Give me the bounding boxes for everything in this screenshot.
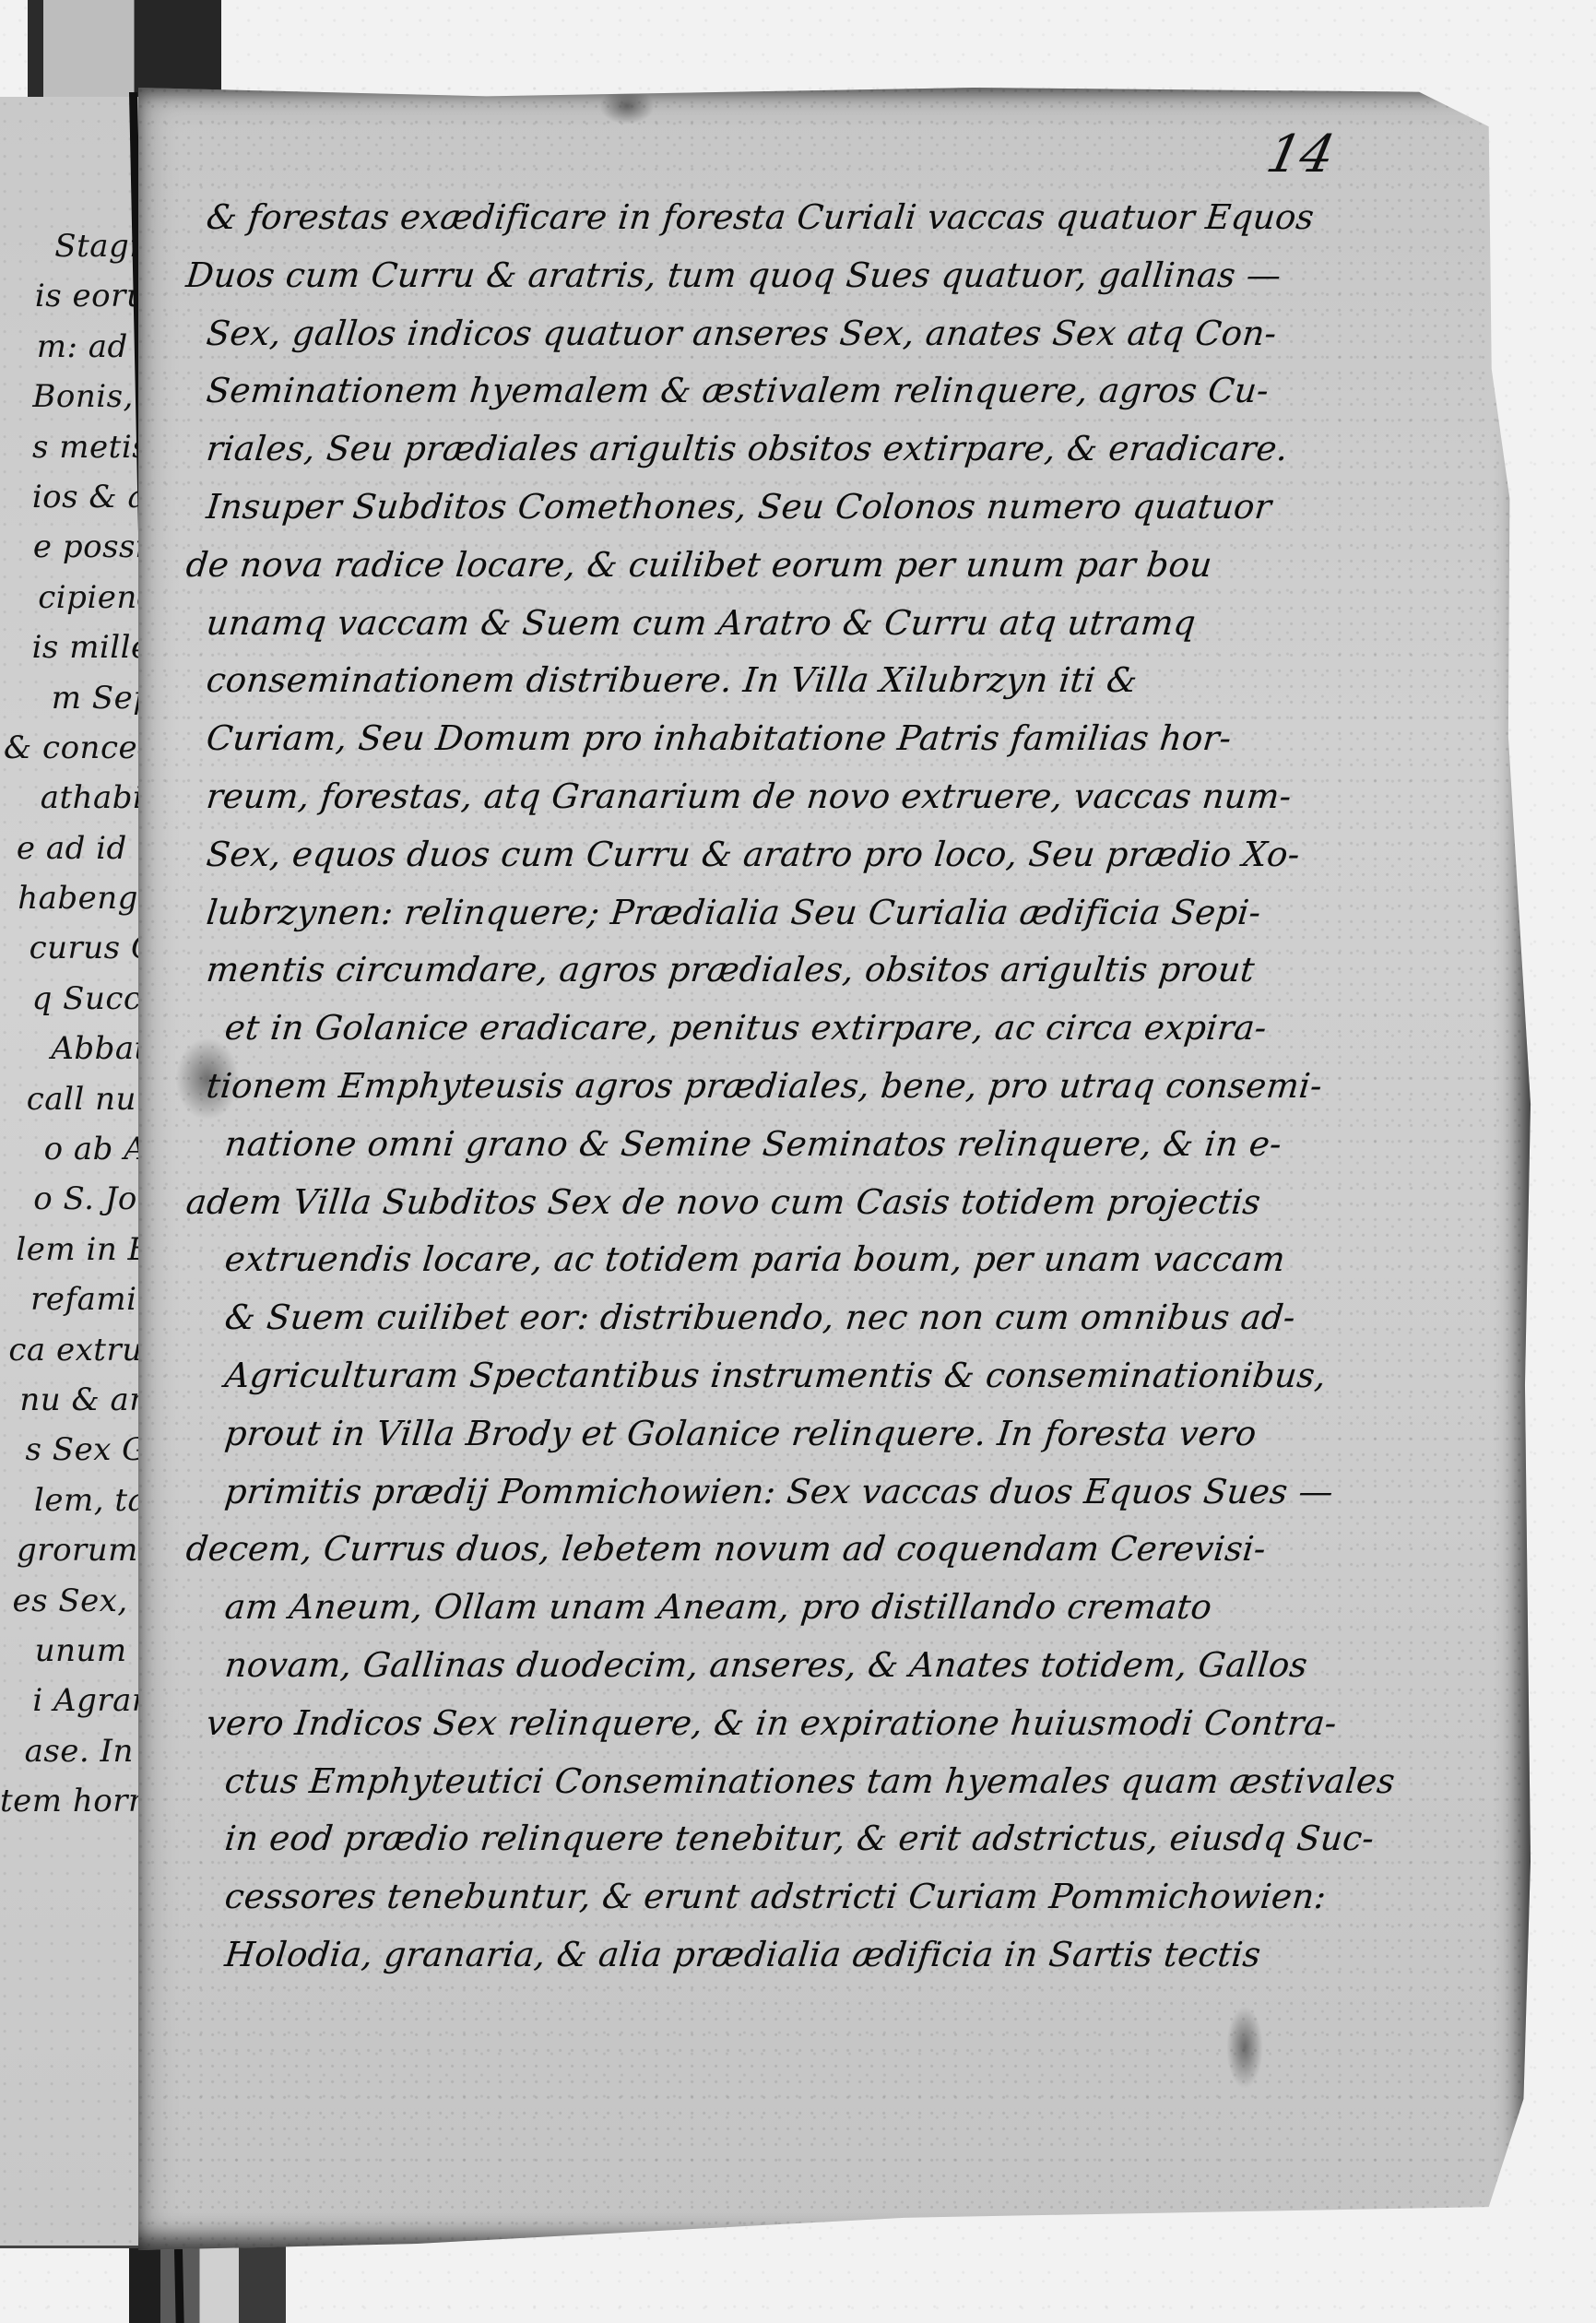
text-line: in eod prædio relinquere tenebitur, & er…	[163, 1810, 1525, 1868]
text-line: extruendis locare, ac totidem paria boum…	[163, 1231, 1525, 1289]
text-line: riales, Seu prædiales arigultis obsitos …	[163, 421, 1525, 479]
text-line: Agriculturam Spectantibus instrumentis &…	[163, 1347, 1525, 1405]
text-line: reum, forestas, atq Granarium de novo ex…	[163, 768, 1525, 826]
text-line: Sex, gallos indicos quatuor anseres Sex,…	[163, 305, 1525, 363]
text-line: adem Villa Subditos Sex de novo cum Casi…	[163, 1174, 1525, 1232]
text-line: novam, Gallinas duodecim, anseres, & Ana…	[163, 1637, 1525, 1695]
text-line: vero Indicos Sex relinquere, & in expira…	[163, 1695, 1525, 1753]
text-line: et in Golanice eradicare, penitus extirp…	[163, 1000, 1525, 1058]
ink-stain	[1226, 2006, 1263, 2089]
text-line: mentis circumdare, agros prædiales, obsi…	[163, 942, 1525, 1000]
text-line: lubrzynen: relinquere; Prædialia Seu Cur…	[163, 884, 1525, 942]
text-line: Seminationem hyemalem & æstivalem relinq…	[163, 362, 1525, 421]
text-line: Insuper Subditos Comethones, Seu Colonos…	[163, 479, 1525, 537]
manuscript-page: 14 & forestas exædificare in foresta Cur…	[138, 88, 1531, 2250]
folio-number: 14	[1261, 124, 1340, 184]
text-line: de nova radice locare, & cuilibet eorum …	[163, 537, 1525, 595]
text-line: decem, Currus duos, lebetem novum ad coq…	[163, 1521, 1525, 1579]
text-line: & forestas exædificare in foresta Curial…	[163, 189, 1525, 247]
text-line: conseminationem distribuere. In Villa Xi…	[163, 652, 1525, 710]
text-line: Holodia, granaria, & alia prædialia ædif…	[163, 1926, 1525, 1985]
text-line: Duos cum Curru & aratris, tum quoq Sues …	[163, 247, 1525, 305]
text-line: cessores tenebuntur, & erunt adstricti C…	[163, 1868, 1525, 1926]
text-line: natione omni grano & Semine Seminatos re…	[163, 1116, 1525, 1174]
text-line: Sex, equos duos cum Curru & aratro pro l…	[163, 826, 1525, 884]
text-line: tionem Emphyteusis agros prædiales, bene…	[163, 1058, 1525, 1116]
text-line: prout in Villa Brody et Golanice relinqu…	[163, 1405, 1525, 1464]
text-line: Curiam, Seu Domum pro inhabitatione Patr…	[163, 710, 1525, 768]
text-line: & Suem cuilibet eor: distribuendo, nec n…	[163, 1289, 1525, 1347]
text-line: unamq vaccam & Suem cum Aratro & Curru a…	[163, 595, 1525, 653]
text-line: primitis prædij Pommichowien: Sex vaccas…	[163, 1464, 1525, 1522]
manuscript-text: & forestas exædificare in foresta Curial…	[166, 189, 1521, 1985]
text-line: ctus Emphyteutici Conseminationes tam hy…	[163, 1753, 1525, 1811]
text-line: am Aneum, Ollam unam Aneam, pro distilla…	[163, 1579, 1525, 1637]
